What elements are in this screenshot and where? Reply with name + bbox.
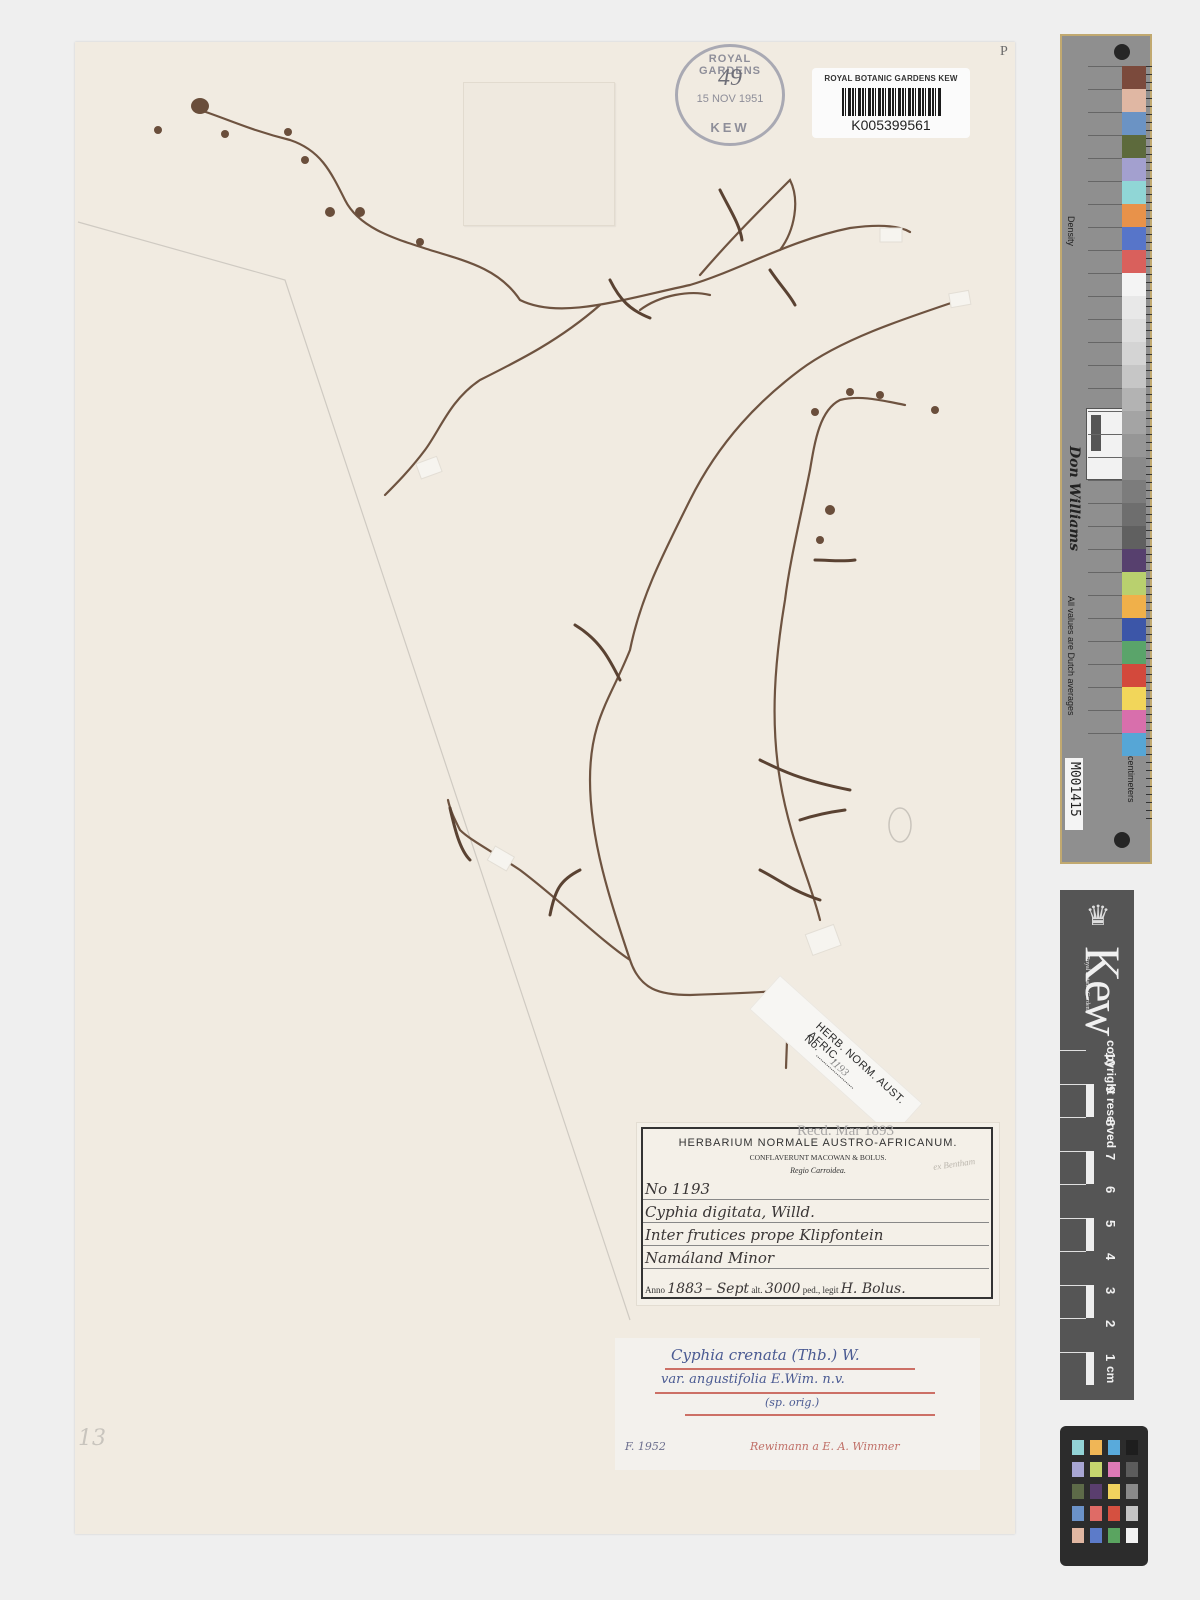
ruler-tick bbox=[1146, 202, 1152, 203]
color-swatch bbox=[1122, 158, 1146, 181]
ruler-tick bbox=[1146, 522, 1152, 523]
color-swatch bbox=[1122, 480, 1146, 503]
scale-segment bbox=[1060, 1050, 1086, 1084]
strip-notice: All values are Dutch averages bbox=[1066, 596, 1076, 716]
collection-month: Sept bbox=[717, 1281, 749, 1297]
corner-mark: P bbox=[1000, 44, 1008, 60]
checker-patch bbox=[1072, 1440, 1084, 1455]
ruler-tick bbox=[1146, 634, 1152, 635]
color-swatch bbox=[1122, 733, 1146, 756]
checker-patch bbox=[1108, 1462, 1120, 1477]
ruler-tick bbox=[1146, 682, 1152, 683]
checker-patch bbox=[1126, 1528, 1138, 1543]
kew-accession-stamp: ROYAL GARDENS 49 15 NOV 1951 KEW bbox=[675, 44, 785, 146]
checker-patch bbox=[1108, 1440, 1120, 1455]
density-label: Density bbox=[1066, 216, 1076, 246]
ruler-tick bbox=[1146, 394, 1152, 395]
ruler-tick bbox=[1146, 450, 1152, 451]
checker-patch bbox=[1072, 1506, 1084, 1521]
ped-label: ped., legit bbox=[803, 1285, 839, 1295]
ruler-tick bbox=[1146, 122, 1152, 123]
det-note: (sp. orig.) bbox=[765, 1396, 819, 1409]
swatch-value-cell bbox=[1088, 457, 1122, 481]
stamp-date: 15 NOV 1951 bbox=[678, 93, 782, 105]
ruler-tick bbox=[1146, 170, 1152, 171]
scale-white-bar bbox=[1086, 1285, 1094, 1319]
checker-patch bbox=[1126, 1506, 1138, 1521]
scale-number: 10 bbox=[1103, 1052, 1118, 1070]
swatch-value-cell bbox=[1088, 526, 1122, 550]
ruler-tick bbox=[1146, 138, 1152, 139]
checker-patch bbox=[1072, 1484, 1084, 1499]
ruler-tick bbox=[1146, 298, 1152, 299]
ruler-tick bbox=[1146, 258, 1152, 259]
ruler-tick bbox=[1146, 466, 1152, 467]
swatch-value-cell bbox=[1088, 710, 1122, 734]
ruler-tick bbox=[1146, 458, 1152, 459]
swatch-value-cell bbox=[1088, 112, 1122, 136]
ruler-tick bbox=[1146, 650, 1152, 651]
scale-segment bbox=[1060, 1117, 1086, 1151]
swatch-value-cell bbox=[1088, 158, 1122, 182]
ruler-tick bbox=[1146, 674, 1152, 675]
checker-patch bbox=[1072, 1528, 1084, 1543]
swatch-value-cell bbox=[1088, 595, 1122, 619]
ruler-tick bbox=[1146, 698, 1152, 699]
ruler-tick bbox=[1146, 234, 1152, 235]
scale-segment bbox=[1060, 1251, 1086, 1285]
ruler-tick bbox=[1146, 506, 1152, 507]
ruler-tick bbox=[1146, 762, 1152, 763]
color-swatch bbox=[1122, 319, 1146, 342]
ruler-tick bbox=[1146, 786, 1152, 787]
ruler-tick bbox=[1146, 690, 1152, 691]
ruler-tick bbox=[1146, 426, 1152, 427]
ruler-tick bbox=[1146, 282, 1152, 283]
underline bbox=[665, 1368, 915, 1370]
barcode-label: ROYAL BOTANIC GARDENS KEW K005399561 bbox=[812, 68, 970, 138]
hole-icon bbox=[1114, 44, 1130, 60]
ruler-tick bbox=[1146, 210, 1152, 211]
ruler-tick bbox=[1146, 802, 1152, 803]
color-swatch bbox=[1122, 296, 1146, 319]
ruler-tick bbox=[1146, 434, 1152, 435]
barcode-icon bbox=[842, 88, 942, 116]
color-swatch bbox=[1122, 227, 1146, 250]
collection-details: Anno 1883 – Sept alt. 3000 ped., legit H… bbox=[645, 1281, 906, 1297]
ruler-tick bbox=[1146, 354, 1152, 355]
ruler-tick bbox=[1146, 370, 1152, 371]
color-swatch bbox=[1122, 411, 1146, 434]
scale-white-bar bbox=[1086, 1218, 1094, 1252]
color-swatch bbox=[1122, 664, 1146, 687]
scale-number: 4 bbox=[1103, 1253, 1118, 1271]
ruler-tick bbox=[1146, 186, 1152, 187]
ruler-tick bbox=[1146, 146, 1152, 147]
swatch-value-cell bbox=[1088, 687, 1122, 711]
ruler-tick bbox=[1146, 90, 1152, 91]
collection-label: Recd. Mar 1893 HERBARIUM NORMALE AUSTRO-… bbox=[636, 1122, 1000, 1306]
ruler-tick bbox=[1146, 578, 1152, 579]
swatch-value-cell bbox=[1088, 89, 1122, 113]
ruler-tick bbox=[1146, 114, 1152, 115]
ruler-tick bbox=[1146, 266, 1152, 267]
ruler-tick bbox=[1146, 546, 1152, 547]
color-swatch bbox=[1122, 618, 1146, 641]
ruler-tick bbox=[1146, 658, 1152, 659]
ruler-tick bbox=[1146, 162, 1152, 163]
scale-segment bbox=[1060, 1285, 1086, 1319]
hole-icon bbox=[1114, 832, 1130, 848]
ruler-tick bbox=[1146, 778, 1152, 779]
ruler-tick bbox=[1146, 378, 1152, 379]
crest-icon: ♛ bbox=[1078, 896, 1118, 936]
det-variety: var. angustifolia E.Wim. n.v. bbox=[661, 1372, 845, 1387]
swatch-value-cell bbox=[1088, 388, 1122, 412]
scale-segment bbox=[1060, 1084, 1086, 1118]
ruler-tick bbox=[1146, 330, 1152, 331]
ruler-tick bbox=[1146, 130, 1152, 131]
scale-segment bbox=[1060, 1318, 1086, 1352]
color-swatch bbox=[1122, 434, 1146, 457]
ruler-tick bbox=[1146, 730, 1152, 731]
cm-unit: cm bbox=[1104, 1366, 1118, 1383]
herbarium-sheet bbox=[75, 42, 1015, 1534]
swatch-value-cell bbox=[1088, 204, 1122, 228]
sheet-number: 13 bbox=[78, 1426, 106, 1451]
ruler-tick bbox=[1146, 818, 1152, 819]
color-checker bbox=[1060, 1426, 1148, 1566]
checker-patch bbox=[1126, 1462, 1138, 1477]
checker-patch bbox=[1108, 1506, 1120, 1521]
label-title: HERBARIUM NORMALE AUSTRO-AFRICANUM. bbox=[637, 1137, 999, 1149]
swatch-value-cell bbox=[1088, 135, 1122, 159]
swatch-value-cell bbox=[1088, 319, 1122, 343]
det-signature: Rewimann a E. A. Wimmer bbox=[750, 1440, 900, 1453]
swatch-value-cell bbox=[1088, 250, 1122, 274]
collection-number: No 1193 bbox=[643, 1179, 989, 1200]
institution-name: ROYAL BOTANIC GARDENS KEW bbox=[812, 74, 970, 83]
swatch-value-cell bbox=[1088, 411, 1122, 435]
scale-number: 6 bbox=[1103, 1186, 1118, 1204]
ruler-tick bbox=[1146, 538, 1152, 539]
checker-patch bbox=[1108, 1484, 1120, 1499]
stamp-number: 49 bbox=[678, 65, 782, 92]
taxon-name: Cyphia digitata, Willd. bbox=[643, 1202, 989, 1223]
color-swatch bbox=[1122, 595, 1146, 618]
underline bbox=[685, 1414, 935, 1416]
ruler-tick bbox=[1146, 722, 1152, 723]
ruler-tick bbox=[1146, 402, 1152, 403]
ruler-tick bbox=[1146, 290, 1152, 291]
ruler-tick bbox=[1146, 314, 1152, 315]
ruler-tick bbox=[1146, 770, 1152, 771]
ruler-tick bbox=[1146, 618, 1152, 619]
color-swatch bbox=[1122, 342, 1146, 365]
checker-patch bbox=[1090, 1506, 1102, 1521]
ruler-tick bbox=[1146, 570, 1152, 571]
checker-patch bbox=[1108, 1528, 1120, 1543]
scale-number: 2 bbox=[1103, 1320, 1118, 1338]
swatch-value-cell bbox=[1088, 66, 1122, 90]
ruler-tick bbox=[1146, 714, 1152, 715]
color-swatch bbox=[1122, 181, 1146, 204]
ruler-tick bbox=[1146, 474, 1152, 475]
swatch-value-cell bbox=[1088, 296, 1122, 320]
color-swatch bbox=[1122, 687, 1146, 710]
ruler-tick bbox=[1146, 410, 1152, 411]
swatch-value-cell bbox=[1088, 733, 1122, 757]
swatch-value-cell bbox=[1088, 549, 1122, 573]
checker-patch bbox=[1090, 1528, 1102, 1543]
ruler-tick bbox=[1146, 74, 1152, 75]
swatch-value-cell bbox=[1088, 342, 1122, 366]
color-swatch bbox=[1122, 273, 1146, 296]
ruler-tick bbox=[1146, 610, 1152, 611]
ruler-tick bbox=[1146, 514, 1152, 515]
ruler-tick bbox=[1146, 442, 1152, 443]
swatch-value-cell bbox=[1088, 480, 1122, 504]
ruler-tick bbox=[1146, 386, 1152, 387]
ruler-tick bbox=[1146, 602, 1152, 603]
fragment-packet bbox=[463, 82, 615, 226]
swatch-value-cell bbox=[1088, 572, 1122, 596]
ruler-tick bbox=[1146, 642, 1152, 643]
ruler-tick bbox=[1146, 498, 1152, 499]
swatch-value-cell bbox=[1088, 227, 1122, 251]
swatch-value-cell bbox=[1088, 664, 1122, 688]
ruler-tick bbox=[1146, 594, 1152, 595]
color-swatch bbox=[1122, 135, 1146, 158]
alt-label: alt. bbox=[751, 1285, 762, 1295]
checker-patch bbox=[1090, 1440, 1102, 1455]
color-swatch bbox=[1122, 710, 1146, 733]
underline bbox=[655, 1392, 935, 1394]
color-swatch bbox=[1122, 641, 1146, 664]
ruler-tick bbox=[1146, 218, 1152, 219]
swatch-value-cell bbox=[1088, 503, 1122, 527]
scale-white-bar bbox=[1086, 1084, 1094, 1118]
kew-scale-bar: ♛ Royal Botanic Gardens Kew copyright re… bbox=[1060, 890, 1134, 1400]
anno-label: Anno bbox=[645, 1285, 665, 1295]
ruler-tick bbox=[1146, 338, 1152, 339]
ruler-tick bbox=[1146, 178, 1152, 179]
checker-patch bbox=[1126, 1440, 1138, 1455]
altitude: 3000 bbox=[765, 1281, 801, 1297]
ruler-tick bbox=[1146, 154, 1152, 155]
ruler-tick bbox=[1146, 666, 1152, 667]
scale-segment bbox=[1060, 1151, 1086, 1185]
scale-number: 9 bbox=[1103, 1086, 1118, 1104]
locality: Namáland Minor bbox=[643, 1248, 989, 1269]
ruler-tick bbox=[1146, 562, 1152, 563]
checker-patch bbox=[1126, 1484, 1138, 1499]
color-reference-strip: inches Density All values are Dutch aver… bbox=[1060, 34, 1152, 864]
scale-number: 3 bbox=[1103, 1287, 1118, 1305]
habitat: Inter frutices prope Klipfontein bbox=[643, 1225, 989, 1246]
ruler-tick bbox=[1146, 306, 1152, 307]
ruler-tick bbox=[1146, 706, 1152, 707]
scale-segment bbox=[1060, 1184, 1086, 1218]
ruler-tick bbox=[1146, 626, 1152, 627]
det-taxon: Cyphia crenata (Thb.) W. bbox=[671, 1346, 860, 1364]
scale-number: 5 bbox=[1103, 1220, 1118, 1238]
scale-segment bbox=[1060, 1218, 1086, 1252]
ruler-tick bbox=[1146, 482, 1152, 483]
ruler-tick bbox=[1146, 274, 1152, 275]
swatch-value-cell bbox=[1088, 365, 1122, 389]
determination-label: Cyphia crenata (Thb.) W. var. angustifol… bbox=[615, 1338, 980, 1470]
swatch-value-cell bbox=[1088, 641, 1122, 665]
color-swatch bbox=[1122, 66, 1146, 89]
ruler-tick bbox=[1146, 242, 1152, 243]
ruler-tick bbox=[1146, 754, 1152, 755]
ruler-tick bbox=[1146, 794, 1152, 795]
ruler-tick bbox=[1146, 322, 1152, 323]
color-swatch bbox=[1122, 365, 1146, 388]
swatch-value-cell bbox=[1088, 181, 1122, 205]
barcode-number: K005399561 bbox=[812, 117, 970, 133]
checker-patch bbox=[1090, 1462, 1102, 1477]
ruler-tick bbox=[1146, 106, 1152, 107]
color-swatch bbox=[1122, 572, 1146, 595]
strip-brand: Don Williams bbox=[1066, 446, 1082, 551]
ruler-tick bbox=[1146, 226, 1152, 227]
ruler-tick bbox=[1146, 746, 1152, 747]
stamp-ring-bottom: KEW bbox=[678, 120, 782, 135]
ruler-tick bbox=[1146, 362, 1152, 363]
ruler-tick bbox=[1146, 418, 1152, 419]
color-swatch bbox=[1122, 388, 1146, 411]
color-swatch bbox=[1122, 89, 1146, 112]
checker-patch bbox=[1090, 1484, 1102, 1499]
color-swatch bbox=[1122, 526, 1146, 549]
centimeters-label: centimeters bbox=[1126, 756, 1136, 803]
ruler-tick bbox=[1146, 738, 1152, 739]
ruler-tick bbox=[1146, 586, 1152, 587]
det-date: F. 1952 bbox=[625, 1440, 666, 1453]
scale-segment bbox=[1060, 1352, 1086, 1386]
ruler-tick bbox=[1146, 82, 1152, 83]
swatch-value-cell bbox=[1088, 618, 1122, 642]
scale-number: 7 bbox=[1103, 1153, 1118, 1171]
scale-white-bar bbox=[1086, 1151, 1094, 1185]
scale-white-bar bbox=[1086, 1352, 1094, 1386]
color-swatch bbox=[1122, 549, 1146, 572]
collection-year: 1883 bbox=[667, 1281, 703, 1297]
swatch-value-cell bbox=[1088, 434, 1122, 458]
ruler-tick bbox=[1146, 554, 1152, 555]
color-swatch bbox=[1122, 250, 1146, 273]
ruler-tick bbox=[1146, 250, 1152, 251]
ruler-tick bbox=[1146, 98, 1152, 99]
color-swatch bbox=[1122, 112, 1146, 135]
ruler-tick bbox=[1146, 490, 1152, 491]
ruler-tick bbox=[1146, 530, 1152, 531]
ruler-tick bbox=[1146, 66, 1152, 67]
collector: H. Bolus. bbox=[841, 1281, 906, 1297]
ruler-tick bbox=[1146, 194, 1152, 195]
checker-patch bbox=[1072, 1462, 1084, 1477]
color-swatch bbox=[1122, 503, 1146, 526]
kew-brand: Kew bbox=[1074, 946, 1132, 1034]
strip-id: M001415 bbox=[1067, 762, 1082, 817]
scale-number: 8 bbox=[1103, 1119, 1118, 1137]
ruler-tick bbox=[1146, 346, 1152, 347]
swatch-value-cell bbox=[1088, 273, 1122, 297]
ruler-tick bbox=[1146, 810, 1152, 811]
color-swatch bbox=[1122, 204, 1146, 227]
color-swatch bbox=[1122, 457, 1146, 480]
